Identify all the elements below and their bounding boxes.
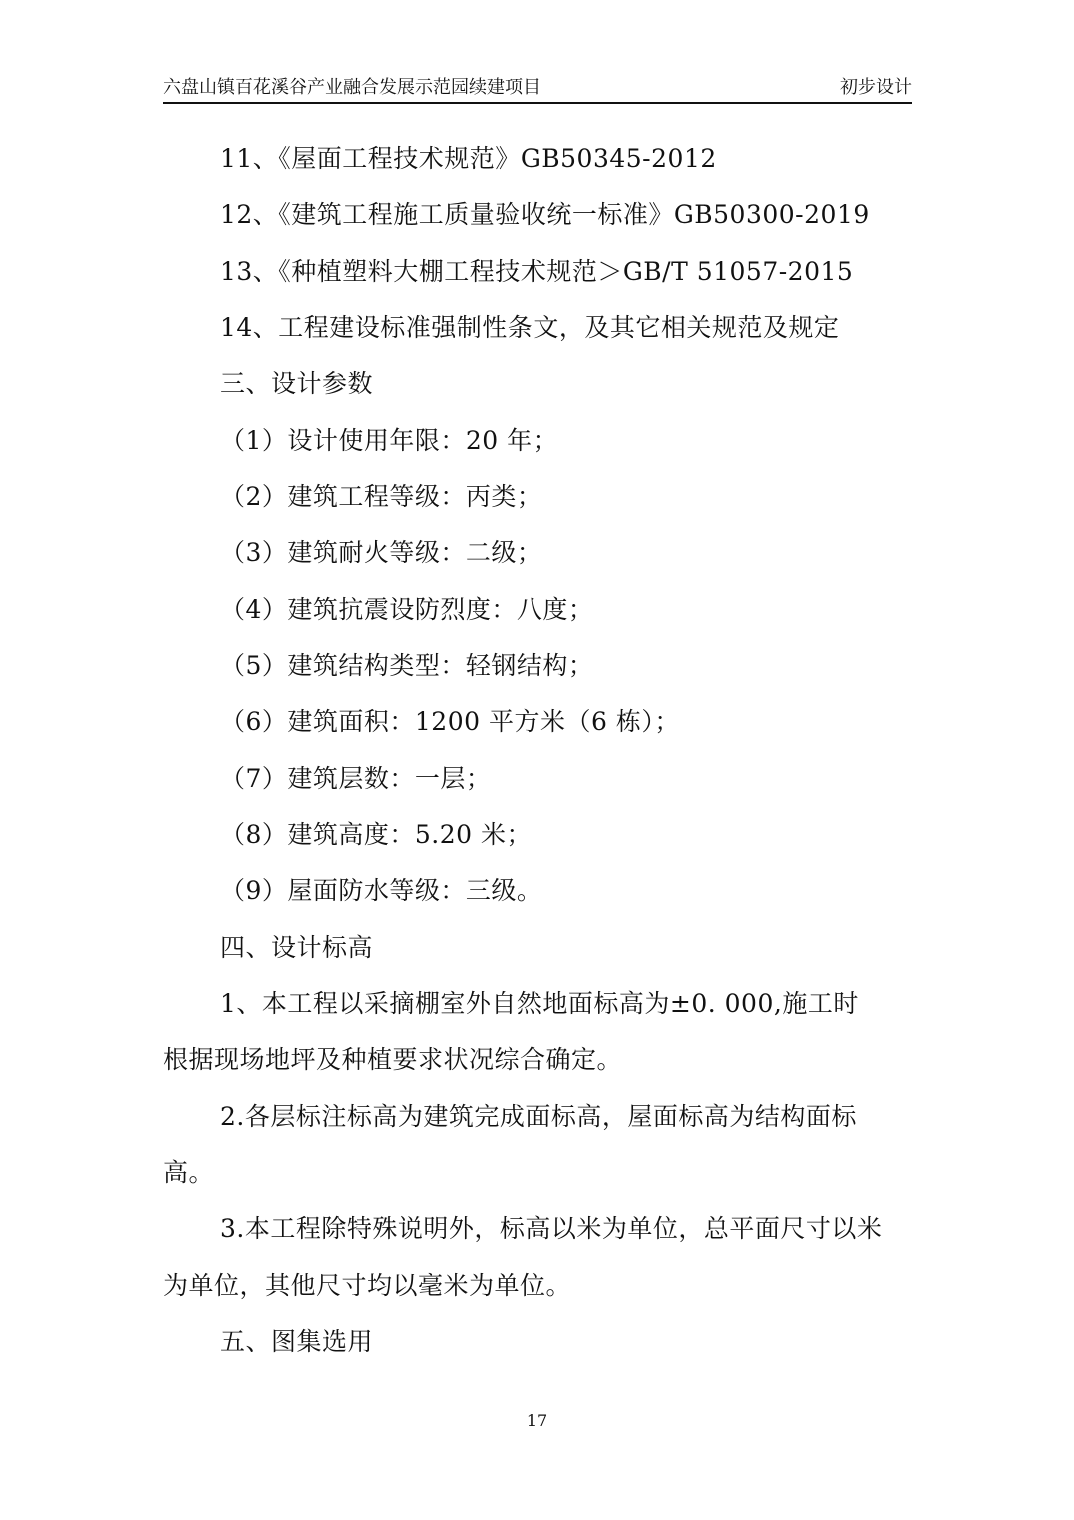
parameter-item: （1）设计使用年限：20 年； bbox=[220, 426, 558, 456]
paragraph-line: 根据现场地坪及种植要求状况综合确定。 bbox=[163, 1045, 622, 1075]
standard-item: 13、《种植塑料大棚工程技术规范＞GB/T 51057-2015 bbox=[220, 257, 853, 287]
parameter-item: （2）建筑工程等级：丙类； bbox=[220, 482, 542, 512]
paragraph-line: 1、本工程以采摘棚室外自然地面标高为±0. 000,施工时 bbox=[220, 989, 859, 1019]
paragraph-line: 2.各层标注标高为建筑完成面标高，屋面标高为结构面标 bbox=[220, 1102, 857, 1132]
standard-item: 11、《屋面工程技术规范》GB50345-2012 bbox=[220, 144, 717, 174]
section-heading: 三、设计参数 bbox=[220, 369, 373, 399]
parameter-item: （6）建筑面积：1200 平方米（6 栋）； bbox=[220, 707, 680, 737]
parameter-item: （3）建筑耐火等级：二级； bbox=[220, 538, 542, 568]
standard-item: 12、《建筑工程施工质量验收统一标准》GB50300-2019 bbox=[220, 200, 870, 230]
paragraph-line: 3.本工程除特殊说明外，标高以米为单位，总平面尺寸以米 bbox=[220, 1214, 882, 1244]
section-heading: 四、设计标高 bbox=[220, 933, 373, 963]
parameter-item: （4）建筑抗震设防烈度：八度； bbox=[220, 595, 593, 625]
document-title: 六盘山镇百花溪谷产业融合发展示范园续建项目 bbox=[163, 78, 541, 98]
page-number: 17 bbox=[0, 1411, 1074, 1430]
standard-item: 14、工程建设标准强制性条文，及其它相关规范及规定 bbox=[220, 313, 839, 343]
page-header: 六盘山镇百花溪谷产业融合发展示范园续建项目 初步设计 bbox=[163, 76, 912, 104]
parameter-item: （5）建筑结构类型：轻钢结构； bbox=[220, 651, 593, 681]
paragraph-line: 高。 bbox=[163, 1158, 214, 1188]
parameter-item: （8）建筑高度：5.20 米； bbox=[220, 820, 532, 850]
section-heading: 五、图集选用 bbox=[220, 1327, 373, 1357]
parameter-item: （7）建筑层数：一层； bbox=[220, 764, 491, 794]
document-section: 初步设计 bbox=[840, 78, 912, 98]
parameter-item: （9）屋面防水等级：三级。 bbox=[220, 876, 542, 906]
paragraph-line: 为单位，其他尺寸均以毫米为单位。 bbox=[163, 1271, 571, 1301]
